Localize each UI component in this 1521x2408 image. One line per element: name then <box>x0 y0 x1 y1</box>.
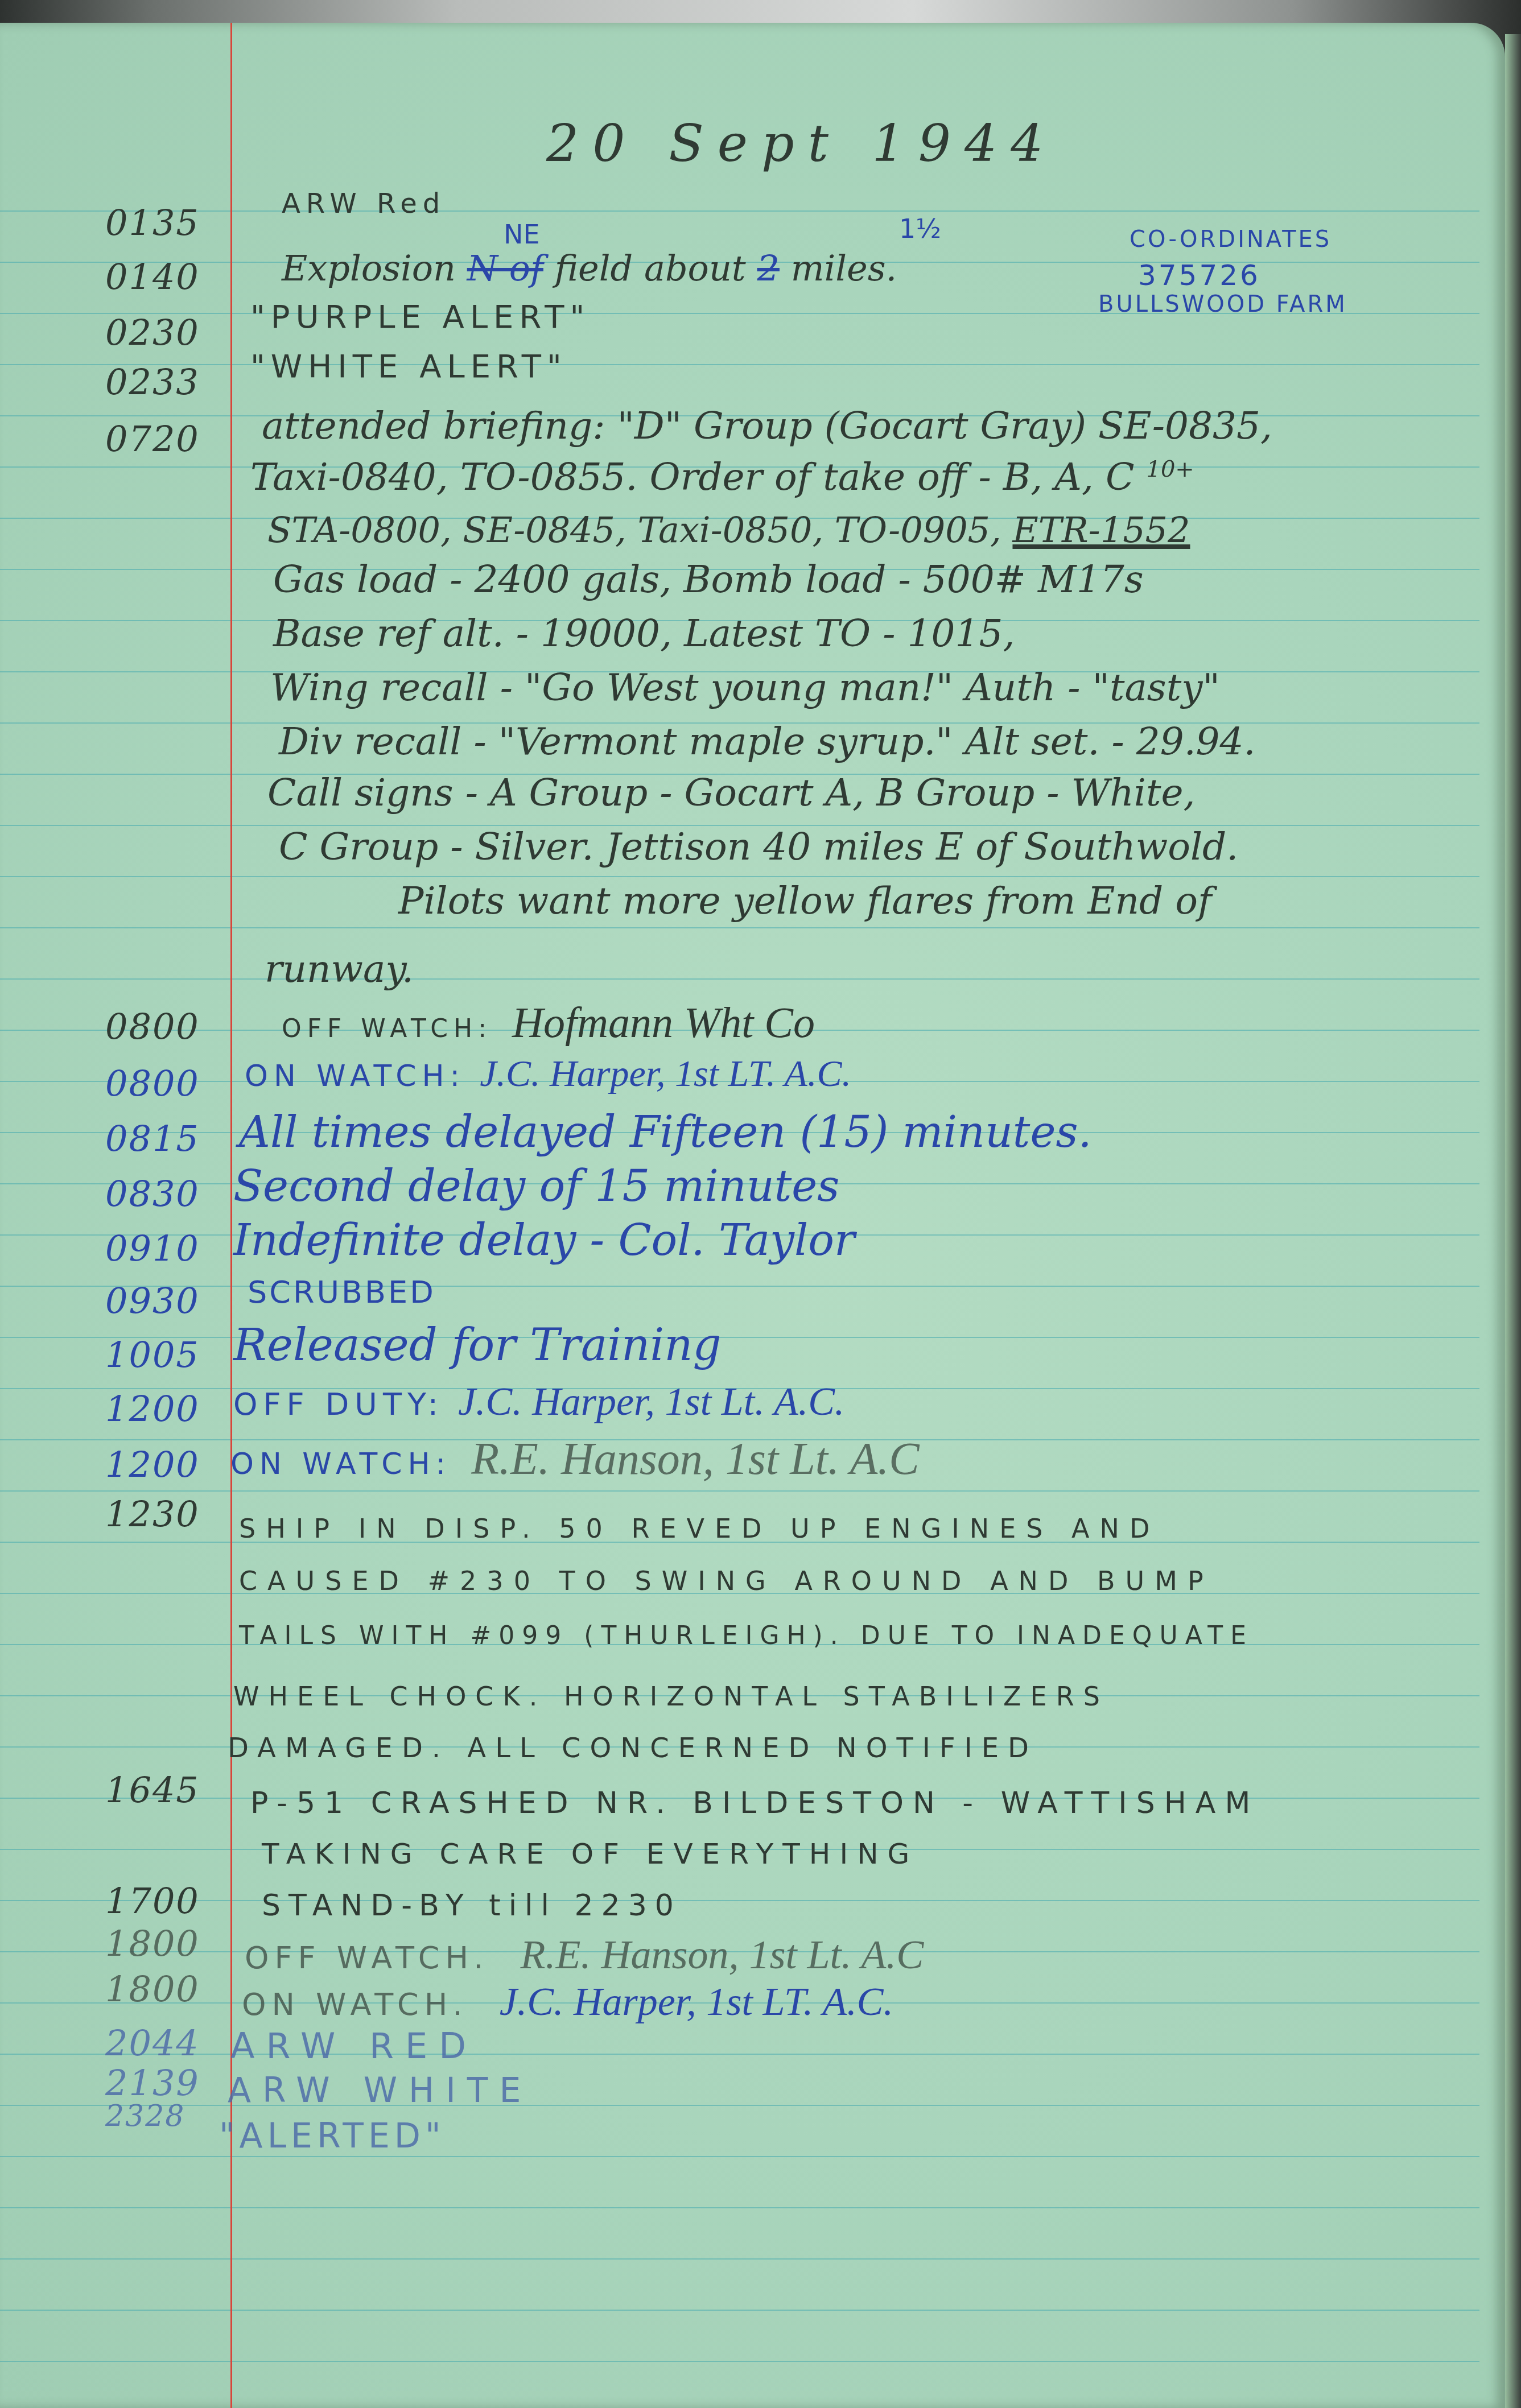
insert-fraction: 1½ <box>899 213 941 244</box>
watch-change-entry: OFF WATCH. R.E. Hanson, 1st Lt. A.C <box>245 1931 924 1979</box>
entry-text: Second delay of 15 minutes <box>233 1160 839 1211</box>
entry-time: 1800 <box>105 1923 200 1964</box>
watch-change-entry: ON WATCH: J.C. Harper, 1st LT. A.C. <box>245 1052 851 1096</box>
entry-text: "ALERTED" <box>219 2116 446 2156</box>
briefing-line: Pilots want more yellow flares from End … <box>398 879 1211 923</box>
insert-ne: NE <box>504 219 539 250</box>
entry-time: 0930 <box>105 1280 200 1321</box>
entry-text: STAND-BY till 2230 <box>262 1889 682 1923</box>
ruled-line <box>0 2258 1479 2260</box>
watch-label: ON WATCH. <box>242 1986 468 2022</box>
entry-text: ARW WHITE <box>228 2071 532 2110</box>
entry-text-post: field about <box>555 247 746 289</box>
coordinates-label: CO-ORDINATES <box>1130 226 1332 253</box>
incident-line: P-51 CRASHED NR. BILDESTON - WATTISHAM <box>250 1786 1259 1820</box>
ruled-line <box>0 2105 1479 2106</box>
signature: R.E. Hanson, 1st Lt. A.C <box>520 1932 924 1977</box>
briefing-line: Call signs - A Group - Gocart A, B Group… <box>267 771 1196 815</box>
struck-word: N of <box>467 247 543 289</box>
entry-time: 1700 <box>105 1880 200 1922</box>
watch-label: ON WATCH: <box>230 1447 451 1481</box>
signature: J.C. Harper, 1st LT. A.C. <box>500 1980 893 2024</box>
struck-number: 2 <box>757 247 779 289</box>
entry-time: 0800 <box>105 1063 200 1104</box>
entry-time: 0910 <box>105 1228 200 1269</box>
entry-time: 1200 <box>105 1388 200 1430</box>
ruled-line <box>0 927 1479 928</box>
incident-line: TAILS WITH #099 (THURLEIGH). DUE TO INAD… <box>239 1621 1254 1650</box>
watch-change-entry: ON WATCH. J.C. Harper, 1st LT. A.C. <box>242 1980 893 2025</box>
entry-time: 0800 <box>105 1006 200 1047</box>
incident-line: SHIP IN DISP. 50 REVED UP ENGINES AND <box>239 1513 1160 1544</box>
entry-time: 0233 <box>105 361 200 403</box>
location-note: BULLSWOOD FARM <box>1098 291 1347 317</box>
briefing-line: Base ref alt. - 19000, Latest TO - 1015, <box>273 612 1015 655</box>
watch-label: OFF DUTY: <box>233 1386 444 1422</box>
entry-text: Indefinite delay - Col. Taylor <box>233 1215 855 1265</box>
signature: J.C. Harper, 1st Lt. A.C. <box>458 1380 844 1424</box>
entry-text: Released for Training <box>233 1320 721 1371</box>
ruled-line <box>0 2310 1479 2311</box>
ruled-line <box>0 1900 1479 1901</box>
briefing-line-text: STA-0800, SE-0845, Taxi-0850, TO-0905, <box>267 509 1001 551</box>
watch-label: ON WATCH: <box>245 1059 465 1093</box>
briefing-line: Taxi-0840, TO-0855. Order of take off - … <box>250 455 1194 499</box>
entry-time: 2328 <box>105 2099 185 2133</box>
signature: Hofmann Wht Co <box>512 999 815 1047</box>
entry-time: 1230 <box>105 1493 200 1535</box>
briefing-superscript: 10+ <box>1146 456 1194 482</box>
ruled-line <box>0 364 1479 365</box>
entry-time: 2044 <box>105 2022 200 2064</box>
entry-time: 0230 <box>105 312 200 353</box>
entry-text: SCRUBBED <box>248 1274 436 1310</box>
entry-time: 0140 <box>105 256 200 298</box>
entry-time: 1005 <box>105 1334 200 1376</box>
entry-time: 1645 <box>105 1769 200 1811</box>
incident-line: DAMAGED. ALL CONCERNED NOTIFIED <box>228 1732 1038 1764</box>
ruled-line <box>0 2054 1479 2055</box>
briefing-line: Div recall - "Vermont maple syrup." Alt … <box>279 720 1256 763</box>
entry-text: ARW Red <box>282 188 446 220</box>
ruled-line <box>0 2207 1479 2208</box>
date-heading: 20 Sept 1944 <box>546 114 1057 174</box>
briefing-line: attended briefing: "D" Group (Gocart Gra… <box>262 404 1272 448</box>
ruled-line <box>0 876 1479 877</box>
ruled-line <box>0 1337 1479 1338</box>
coordinates-value: 375726 <box>1138 259 1260 292</box>
briefing-line: STA-0800, SE-0845, Taxi-0850, TO-0905, E… <box>267 509 1190 551</box>
briefing-line: Gas load - 2400 gals, Bomb load - 500# M… <box>273 557 1144 601</box>
briefing-line: C Group - Silver. Jettison 40 miles E of… <box>279 825 1238 869</box>
entry-time: 0135 <box>105 202 200 243</box>
entry-time: 0830 <box>105 1173 200 1215</box>
entry-text: Explosion N of field about 2 miles. <box>282 247 897 289</box>
watch-change-entry: OFF WATCH: Hofmann Wht Co <box>282 998 815 1048</box>
entry-time: 2139 <box>105 2062 200 2104</box>
incident-line: CAUSED #230 TO SWING AROUND AND BUMP <box>239 1566 1214 1596</box>
ruled-line <box>0 1286 1479 1287</box>
watch-change-entry: OFF DUTY: J.C. Harper, 1st Lt. A.C. <box>233 1379 844 1425</box>
entry-time: 1800 <box>105 1968 200 2010</box>
ruled-line <box>0 978 1479 980</box>
entry-text: "WHITE ALERT" <box>250 348 567 385</box>
watch-change-entry: ON WATCH: R.E. Hanson, 1st Lt. A.C <box>230 1434 920 1485</box>
entry-time: 0815 <box>105 1118 200 1159</box>
ruled-line <box>0 210 1479 212</box>
etr-time: ETR-1552 <box>1012 509 1190 551</box>
entry-text: ARW RED <box>230 2025 477 2067</box>
entry-text: "PURPLE ALERT" <box>250 299 590 336</box>
entry-text-pre: Explosion <box>282 247 456 289</box>
watch-label: OFF WATCH. <box>245 1940 489 1976</box>
briefing-line: runway. <box>265 947 414 991</box>
signature: R.E. Hanson, 1st Lt. A.C <box>471 1434 920 1484</box>
page-edge <box>1505 34 1521 2408</box>
briefing-line-text: Taxi-0840, TO-0855. Order of take off - … <box>250 455 1134 499</box>
ruled-line <box>0 1490 1479 1492</box>
entry-time: 1200 <box>105 1444 200 1485</box>
ruled-line <box>0 2156 1479 2157</box>
watch-label: OFF WATCH: <box>282 1014 492 1043</box>
incident-line: WHEEL CHOCK. HORIZONTAL STABILIZERS <box>233 1681 1109 1712</box>
entry-text-end: miles. <box>791 247 897 289</box>
signature: J.C. Harper, 1st LT. A.C. <box>480 1053 851 1094</box>
entry-text: All times delayed Fifteen (15) minutes. <box>239 1106 1092 1157</box>
entry-time: 0720 <box>105 418 200 460</box>
incident-line: TAKING CARE OF EVERYTHING <box>262 1837 918 1870</box>
ruled-line <box>0 2361 1479 2362</box>
briefing-line: Wing recall - "Go West young man!" Auth … <box>270 666 1220 709</box>
